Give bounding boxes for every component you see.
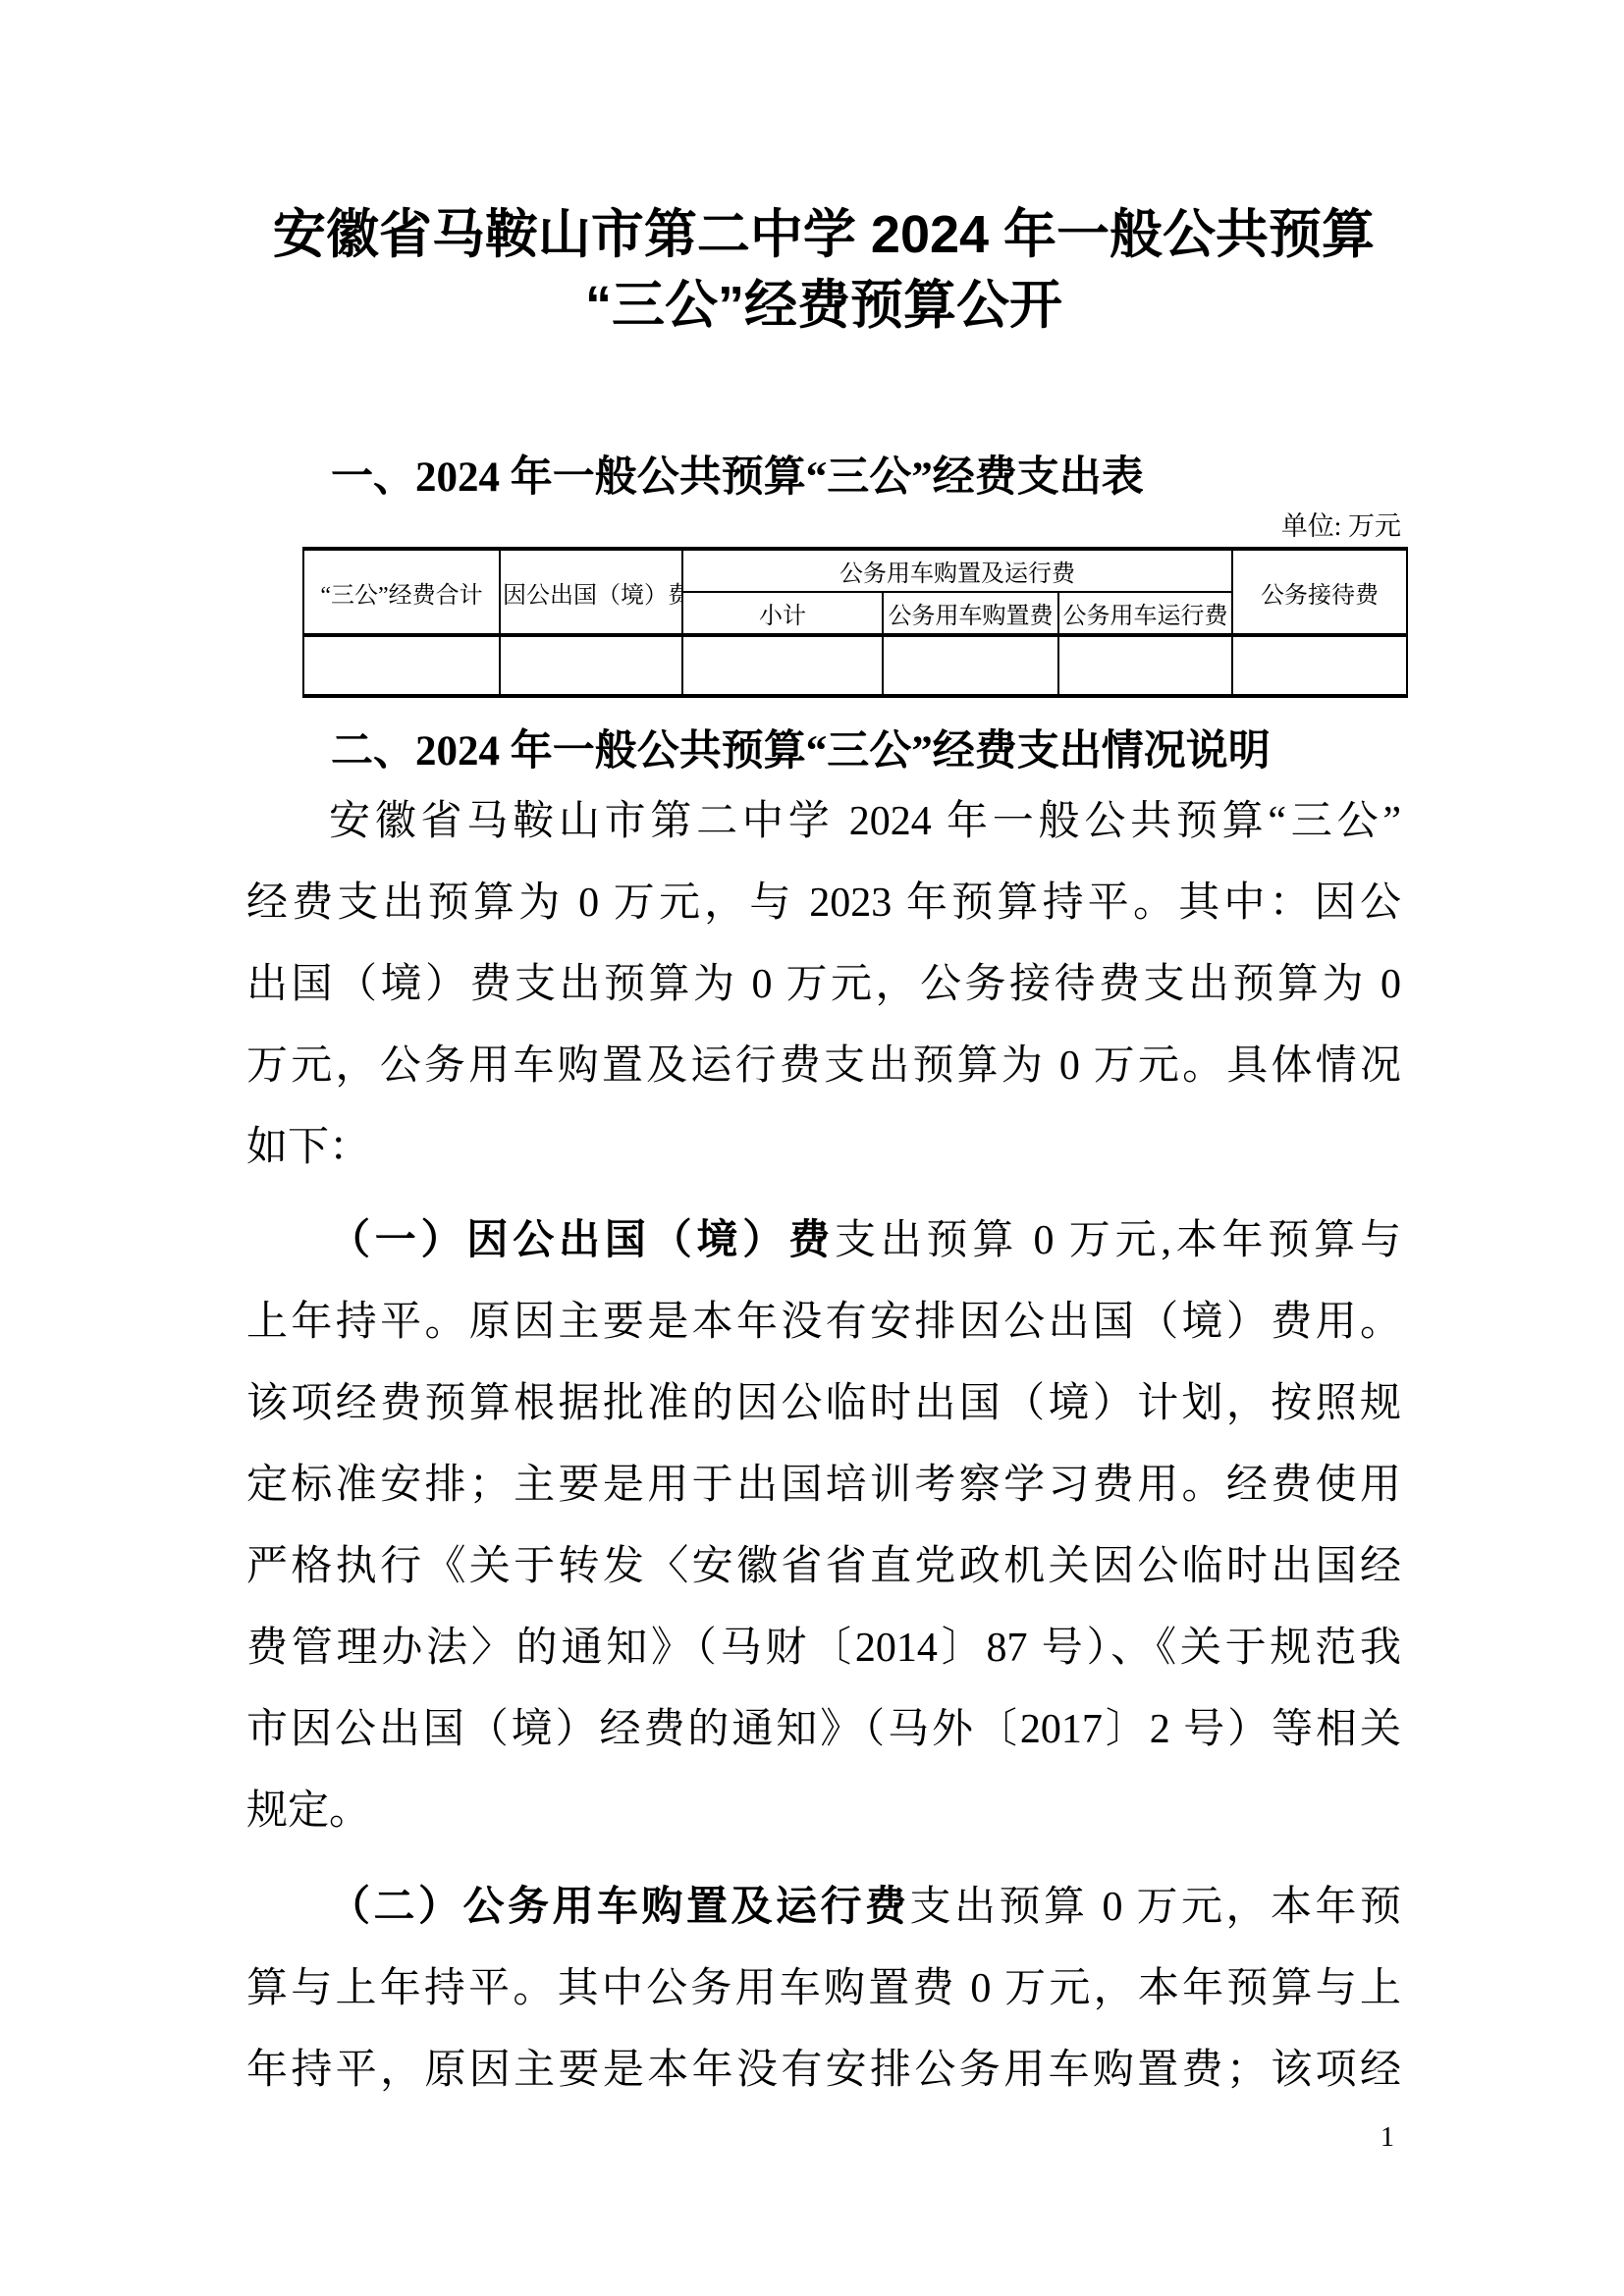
paragraph-vehicle-expense: （二）公务用车购置及运行费支出预算 0 万元，本年预 算与上年持平。其中公务用车… [246,1867,1401,2111]
text-line: 上年持平。原因主要是本年没有安排因公出国（境）费用。 [246,1282,1401,1363]
page-number: 1 [1380,2118,1394,2158]
document-content: 安徽省马鞍山市第二中学 2024 年一般公共预算 “三公”经费预算公开 一、20… [246,0,1401,2111]
text-line: 严格执行《关于转发〈安徽省省直党政机关因公临时出国经 [246,1526,1401,1608]
paragraph-overview: 安徽省马鞍山市第二中学 2024 年一般公共预算“三公” 经费支出预算为 0 万… [246,781,1401,1189]
text-line: 市因公出国（境）经费的通知》（马外〔2017〕2 号）等相关 [246,1689,1401,1771]
table-header-row-1: “三公”经费合计 因公出国（境）费 公务用车购置及运行费 公务接待费 [303,549,1407,592]
header-cell-total: “三公”经费合计 [303,549,500,635]
text-line: 出国（境）费支出预算为 0 万元，公务接待费支出预算为 0 [246,944,1401,1026]
paragraph-lead-rest: 支出预算 0 万元,本年预算与 [835,1218,1401,1263]
header-cell-vehicle-operation: 公务用车运行费 [1058,592,1232,635]
header-cell-vehicle-group: 公务用车购置及运行费 [682,549,1232,592]
header-cell-vehicle-subtotal: 小计 [682,592,883,635]
section2-heading: 二、2024 年一般公共预算“三公”经费支出情况说明 [246,724,1401,779]
text-line: 该项经费预算根据批准的因公临时出国（境）计划，按照规 [246,1363,1401,1445]
header-cell-vehicle-purchase: 公务用车购置费 [883,592,1058,635]
data-cell-reception [1232,635,1407,696]
paragraph-abroad-expense: （一）因公出国（境）费支出预算 0 万元,本年预算与 上年持平。原因主要是本年没… [246,1201,1401,1852]
three-public-expense-table: “三公”经费合计 因公出国（境）费 公务用车购置及运行费 公务接待费 小计 公务… [302,547,1408,698]
data-cell-vehicle-operation [1058,635,1232,696]
text-line: 费管理办法〉的通知》（马财〔2014〕87 号）、《关于规范我 [246,1608,1401,1689]
text-line: 经费支出预算为 0 万元，与 2023 年预算持平。其中：因公 [246,863,1401,944]
text-line: 规定。 [246,1771,1401,1852]
paragraph-lead-bold: （一）因公出国（境）费 [329,1218,835,1263]
data-cell-vehicle-subtotal [682,635,883,696]
text-line: 安徽省马鞍山市第二中学 2024 年一般公共预算“三公” [246,781,1401,863]
text-line: （一）因公出国（境）费支出预算 0 万元,本年预算与 [246,1201,1401,1282]
paragraph-lead-bold: （二）公务用车购置及运行费 [329,1885,909,1930]
table-data-row [303,635,1407,696]
data-cell-total [303,635,500,696]
text-line: 定标准安排；主要是用于出国培训考察学习费用。经费使用 [246,1445,1401,1526]
text-line: 如下： [246,1107,1401,1189]
table-unit-note: 单位: 万元 [246,511,1401,541]
paragraph-lead-rest: 支出预算 0 万元，本年预 [909,1885,1401,1930]
document-title-line1: 安徽省马鞍山市第二中学 2024 年一般公共预算 [246,199,1401,270]
section1-heading: 一、2024 年一般公共预算“三公”经费支出表 [246,451,1401,506]
text-line: 算与上年持平。其中公务用车购置费 0 万元，本年预算与上 [246,1949,1401,2030]
data-cell-vehicle-purchase [883,635,1058,696]
text-line: （二）公务用车购置及运行费支出预算 0 万元，本年预 [246,1867,1401,1949]
document-title: 安徽省马鞍山市第二中学 2024 年一般公共预算 “三公”经费预算公开 [246,199,1401,341]
header-cell-reception: 公务接待费 [1232,549,1407,635]
text-line: 年持平，原因主要是本年没有安排公务用车购置费；该项经 [246,2030,1401,2111]
data-cell-abroad [500,635,682,696]
document-title-line2: “三公”经费预算公开 [246,270,1401,341]
document-page: 安徽省马鞍山市第二中学 2024 年一般公共预算 “三公”经费预算公开 一、20… [0,0,1624,2296]
header-cell-abroad: 因公出国（境）费 [500,549,682,635]
text-line: 万元，公务用车购置及运行费支出预算为 0 万元。具体情况 [246,1026,1401,1107]
